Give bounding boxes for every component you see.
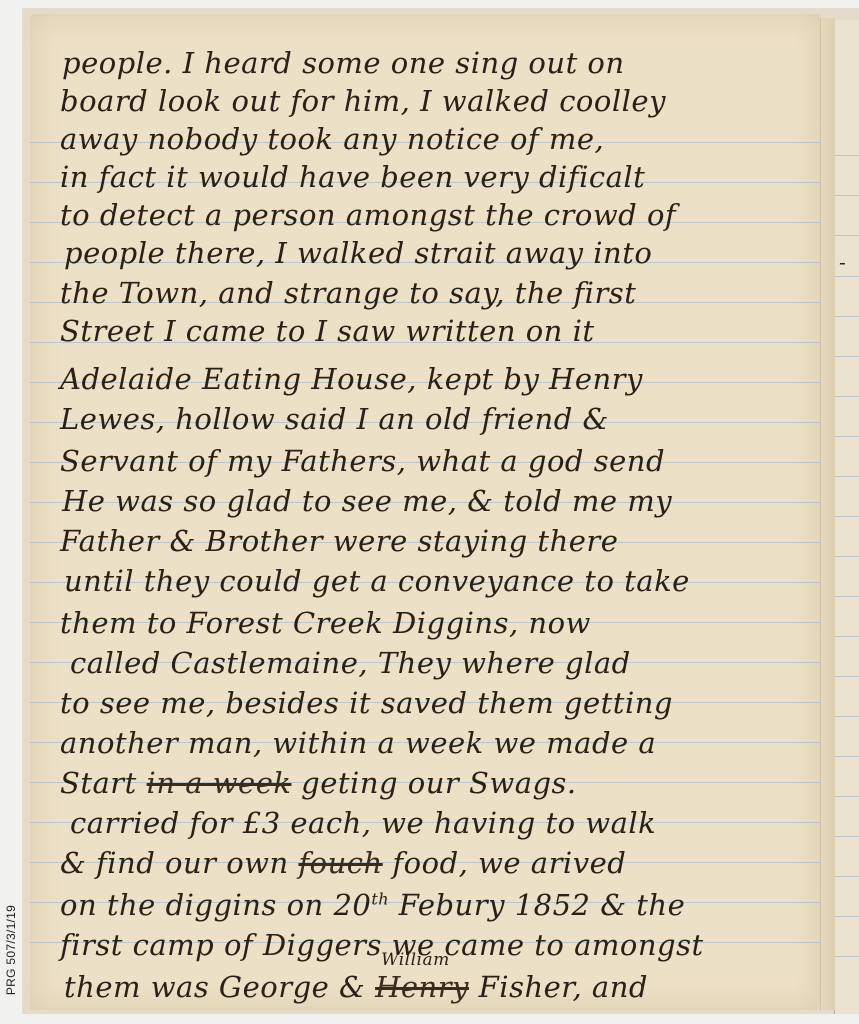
text-line: Father & Brother were staying there [60,524,618,558]
facing-page-edge: - [834,20,859,1014]
line-text: Start [60,766,147,800]
diary-page: people. I heard some one sing out on boa… [30,14,820,1010]
page-gutter [820,18,835,1010]
line-text: food, we arived [383,846,627,880]
correction: WilliamHenry [375,970,469,1004]
text-line: them was George & WilliamHenry Fisher, a… [64,970,648,1004]
text-line: the Town, and strange to say, the first [60,276,636,310]
inserted-word: William [381,950,450,970]
text-line: board look out for him, I walked coolley [60,84,666,118]
ordinal-superscript: th [371,889,389,908]
text-line: until they could get a conveyance to tak… [64,564,690,598]
text-line: to detect a person amongst the crowd of [60,198,676,232]
text-line: Adelaide Eating House, kept by Henry [60,362,643,396]
text-line: people there, I walked strait away into [64,236,652,270]
text-line: away nobody took any notice of me, [60,122,604,156]
text-line: on the diggins on 20th Febury 1852 & the [60,888,685,922]
line-text: & find our own [60,846,298,880]
text-line: another man, within a week we made a [60,726,656,760]
line-text: Febury 1852 & the [389,888,685,922]
text-line: people. I heard some one sing out on [62,46,625,80]
struck-text: in a week [147,766,292,800]
text-line: Start in a week geting our Swags. [60,766,577,800]
text-line: called Castlemaine, They where glad [70,646,631,680]
line-text: Fisher, and [469,970,648,1004]
text-line: them to Forest Creek Diggins, now [60,606,591,640]
reference-text: PRG 507/3/1/19 [4,905,18,995]
line-text: them was George & [64,970,375,1004]
text-line: Servant of my Fathers, what a god send [60,444,665,478]
text-line: He was so glad to see me, & told me my [62,484,672,518]
text-line: in fact it would have been very dificalt [60,160,645,194]
text-line: & find our own fouch food, we arived [60,846,626,880]
facing-page-dash: - [839,250,846,274]
text-line: Street I came to I saw written on it [60,314,595,348]
text-line: Lewes, hollow said I an old friend & [60,402,609,436]
struck-text: Henry [375,970,469,1004]
struck-text: fouch [298,846,382,880]
text-line: carried for £3 each, we having to walk [70,806,656,840]
line-text: geting our Swags. [291,766,576,800]
line-text: on the diggins on 20 [60,888,371,922]
text-line: to see me, besides it saved them getting [60,686,673,720]
archive-reference-label: PRG 507/3/1/19 [0,880,22,1020]
